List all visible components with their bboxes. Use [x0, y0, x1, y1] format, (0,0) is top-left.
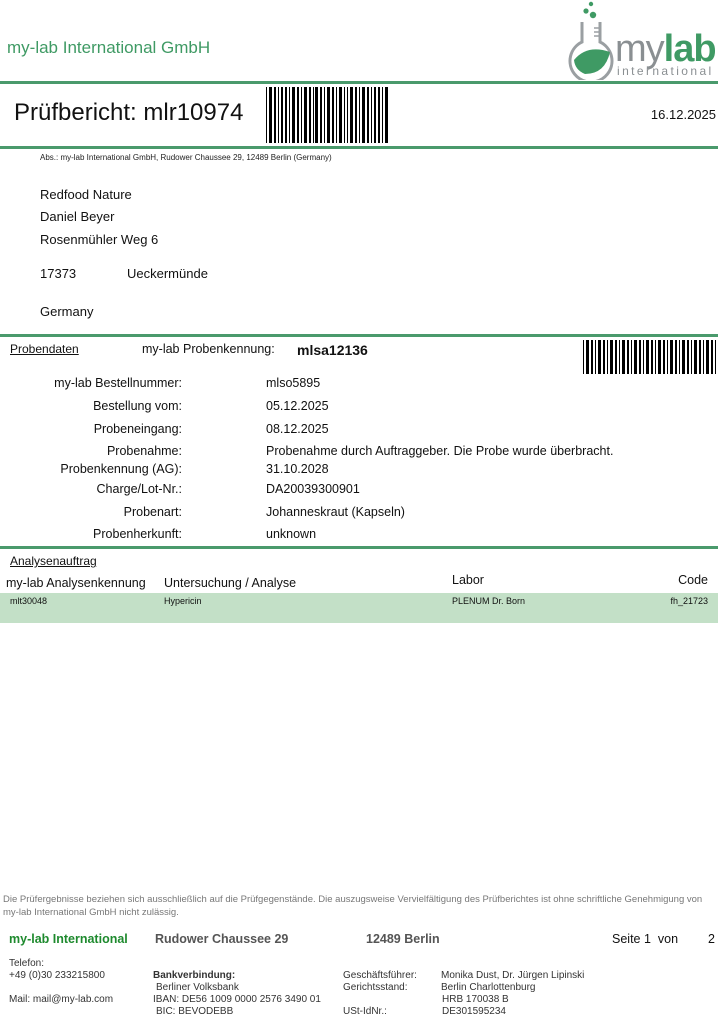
sample-field-label: Bestellung vom:	[0, 399, 182, 413]
hrb-number: HRB 170038 B	[442, 994, 509, 1006]
sample-field-label: my-lab Bestellnummer:	[0, 376, 182, 390]
table-row	[0, 593, 718, 623]
mail-line: Mail: mail@my-lab.com	[9, 994, 113, 1006]
sample-field-value: mlso5895	[266, 376, 320, 390]
sample-field-value: Probenahme durch Auftraggeber. Die Probe…	[266, 444, 613, 458]
vat-label: USt-IdNr.:	[343, 1006, 387, 1016]
report-title: Prüfbericht: mlr10974	[14, 99, 243, 127]
ceo-names: Monika Dust, Dr. Jürgen Lipinski	[441, 970, 584, 982]
bank-label: Bankverbindung:	[153, 970, 235, 982]
sample-field-value: 05.12.2025	[266, 399, 329, 413]
sample-field-label: Probenherkunft:	[0, 527, 182, 541]
sample-barcode	[583, 340, 718, 374]
column-header-lab: Labor	[452, 573, 484, 587]
bank-name: Berliner Volksbank	[156, 982, 239, 994]
sample-field-label: Probenkennung (AG):	[0, 462, 182, 476]
sample-id-label: my-lab Probenkennung:	[142, 342, 275, 356]
row-code: fh_21723	[670, 596, 708, 606]
phone-number: +49 (0)30 233215800	[9, 970, 105, 982]
flask-leaf-logo-icon	[565, 0, 617, 80]
sample-field-value: unknown	[266, 527, 316, 541]
recipient-zip: 17373	[40, 266, 76, 281]
bank-bic: BIC: BEVODEBB	[156, 1006, 233, 1016]
court-label: Gerichtsstand:	[343, 982, 407, 994]
sample-divider	[0, 546, 718, 549]
court-name: Berlin Charlottenburg	[441, 982, 536, 994]
sample-field-value: Johanneskraut (Kapseln)	[266, 505, 405, 519]
footer-street: Rudower Chaussee 29	[155, 932, 288, 946]
mail-label: Mail:	[9, 994, 30, 1005]
sample-id-value: mlsa12136	[297, 342, 368, 358]
recipient-street: Rosenmühler Weg 6	[40, 232, 158, 247]
sample-field-value: 08.12.2025	[266, 422, 329, 436]
report-date: 16.12.2025	[651, 107, 716, 122]
report-barcode	[266, 87, 390, 143]
page-total: 2	[708, 932, 715, 946]
header-divider	[0, 81, 718, 84]
row-analysis-id: mlt30048	[10, 596, 47, 606]
title-divider	[0, 146, 718, 149]
column-header-id: my-lab Analysenkennung	[6, 576, 146, 590]
recipient-country: Germany	[40, 304, 93, 319]
vat-number: DE301595234	[442, 1006, 506, 1016]
recipient-city: Ueckermünde	[127, 266, 208, 281]
sample-field-label: Probeneingang:	[0, 422, 182, 436]
recipient-divider	[0, 334, 718, 337]
row-lab: PLENUM Dr. Born	[452, 596, 525, 606]
footer-brand: my-lab International	[9, 932, 128, 946]
column-header-code: Code	[678, 573, 708, 587]
column-header-analysis: Untersuchung / Analyse	[164, 576, 296, 590]
analysis-section-label: Analysenauftrag	[10, 554, 97, 568]
disclaimer-text: Die Prüfergebnisse beziehen sich ausschl…	[3, 893, 703, 919]
sample-section-label: Probendaten	[10, 342, 79, 356]
logo-subtitle: international	[617, 64, 714, 78]
ceo-label: Geschäftsführer:	[343, 970, 417, 982]
sample-field-label: Probenart:	[0, 505, 182, 519]
recipient-company: Redfood Nature	[40, 187, 132, 202]
bank-iban: IBAN: DE56 1009 0000 2576 3490 01	[153, 994, 321, 1006]
sample-field-value: DA20039300901	[266, 482, 360, 496]
footer-city: 12489 Berlin	[366, 932, 440, 946]
page-label: Seite 1 von	[612, 932, 678, 946]
phone-label: Telefon:	[9, 958, 44, 970]
sender-line: Abs.: my-lab International GmbH, Rudower…	[40, 153, 332, 162]
sample-field-label: Probenahme:	[0, 444, 182, 458]
company-name: my-lab International GmbH	[7, 38, 210, 58]
sample-field-value: 31.10.2028	[266, 462, 329, 476]
recipient-person: Daniel Beyer	[40, 209, 114, 224]
sample-field-label: Charge/Lot-Nr.:	[0, 482, 182, 496]
mail-link[interactable]: mail@my-lab.com	[33, 994, 113, 1005]
row-analysis-name: Hypericin	[164, 596, 202, 606]
mylab-logo: mylab international	[565, 0, 715, 80]
